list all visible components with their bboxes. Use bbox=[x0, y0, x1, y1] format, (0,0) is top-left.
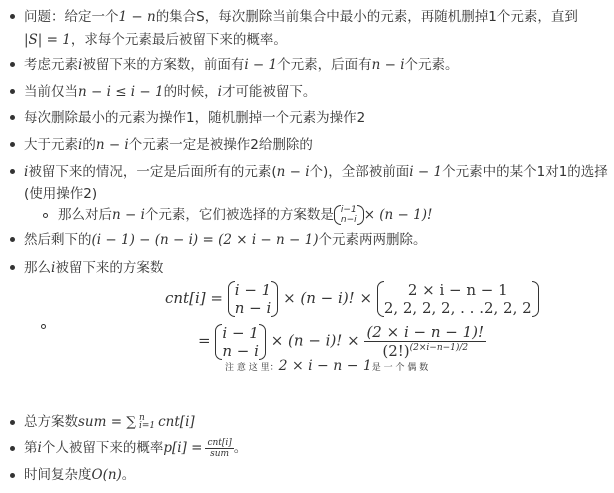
text: 被留下来的方案数 bbox=[55, 260, 163, 276]
list-item: i被留下来的情况，一定是后面所有的元素(n − i个)，全部被前面i − 1个元… bbox=[24, 161, 608, 183]
math: 2 × i − n − 1 bbox=[279, 358, 372, 374]
list-item: 问题：给定一个1 − n的集合S，每次删除当前集合中最小的元素，再随机删掉1个元… bbox=[24, 6, 578, 28]
math: n − i bbox=[372, 57, 405, 73]
list-item-cont: |S| = 1，求每个元素最后被留下来的概率。 bbox=[24, 29, 287, 51]
text: 当前仅当 bbox=[24, 84, 78, 100]
text: 第 bbox=[24, 440, 38, 456]
bullet-icon bbox=[10, 14, 15, 19]
text: 注 意 这 里： bbox=[225, 363, 279, 373]
binomial: i − 1n − i bbox=[228, 281, 279, 317]
list-item: 第i个人被留下来的概率p[i] =cnt[i]sum。 bbox=[24, 437, 247, 459]
math: n − i bbox=[112, 207, 145, 223]
math: × (n − i)! × bbox=[271, 332, 360, 350]
binom-top: i−1 bbox=[341, 205, 357, 215]
text: ，求每个元素最后被留下来的概率。 bbox=[71, 32, 287, 48]
text: 是 一 个 偶 数 bbox=[372, 363, 428, 373]
equation-note: 注 意 这 里：2 × i − n − 1是 一 个 偶 数 bbox=[225, 358, 428, 374]
math: |S| = 1 bbox=[24, 32, 71, 48]
fraction-denominator: sum bbox=[205, 449, 233, 459]
binom-bottom: n−i bbox=[341, 215, 357, 225]
math: cnt[i] bbox=[158, 414, 195, 430]
text: 个元素，它们被选择的方案数是 bbox=[145, 207, 334, 223]
list-item: 当前仅当n − i ≤ i − 1的时候，i才可能被留下。 bbox=[24, 81, 316, 103]
fraction: (2 × i − n − 1)!(2!)(2×i−n−1)/2 bbox=[364, 323, 486, 360]
sub-list-item: 那么对后n − i个元素，它们被选择的方案数是i−1n−i× (n − 1)! bbox=[58, 204, 432, 226]
binom-top: i − 1 bbox=[222, 324, 259, 342]
text: 的时候， bbox=[164, 84, 218, 100]
sub-bullet-icon bbox=[43, 213, 48, 218]
text: 那么 bbox=[24, 260, 51, 276]
text: 被留下来的情况，一定是后面所有的元素( bbox=[28, 164, 276, 180]
list-item: 大于元素i的n − i个元素一定是被操作2给删除的 bbox=[24, 134, 313, 156]
sum-lower: i=1 bbox=[139, 422, 155, 430]
multinomial: 2 × i − n − 12, 2, 2, 2, . . .2, 2, 2 bbox=[377, 281, 539, 317]
text: 的集合S，每次删除当前集合中最小的元素，再随机删掉1个元素，直到 bbox=[156, 9, 578, 25]
text: 个元素一定是被操作2给删除的 bbox=[129, 137, 313, 153]
text: 才可能被留下。 bbox=[222, 84, 317, 100]
math: n − i ≤ i − 1 bbox=[78, 84, 164, 100]
text: 。 bbox=[122, 467, 136, 483]
bullet-icon bbox=[10, 89, 15, 94]
binom-bottom: 2, 2, 2, 2, . . .2, 2, 2 bbox=[384, 299, 532, 317]
text: 然后剩下的 bbox=[24, 232, 92, 248]
bullet-icon bbox=[10, 62, 15, 67]
text: 个元素。 bbox=[405, 57, 459, 73]
list-item-cont: (使用操作2) bbox=[24, 183, 97, 205]
fraction: cnt[i]sum bbox=[205, 438, 233, 459]
math: p[i] = bbox=[163, 440, 202, 456]
binom-top: 2 × i − n − 1 bbox=[384, 281, 532, 299]
text: 那么对后 bbox=[58, 207, 112, 223]
math: × (n − 1)! bbox=[364, 207, 433, 223]
equation-line-2: = i − 1n − i × (n − i)! × (2 × i − n − 1… bbox=[198, 323, 486, 360]
binomial: i − 1n − i bbox=[215, 324, 266, 360]
text: 时间复杂度 bbox=[24, 467, 92, 483]
text: 个元素两两删除。 bbox=[318, 232, 426, 248]
bullet-icon bbox=[10, 115, 15, 120]
text: 被留下来的方案数，前面有 bbox=[82, 57, 244, 73]
list-item: 考虑元素i被留下来的方案数，前面有i − 1个元素，后面有n − i个元素。 bbox=[24, 54, 459, 76]
binom-top: i − 1 bbox=[235, 281, 272, 299]
text: 个元素，后面有 bbox=[277, 57, 372, 73]
text: 个)，全部被前面 bbox=[310, 164, 410, 180]
list-item: 然后剩下的(i − 1) − (n − i) = (2 × i − n − 1)… bbox=[24, 229, 426, 251]
text: 总方案数 bbox=[24, 414, 78, 430]
text: (使用操作2) bbox=[24, 186, 97, 202]
text: 的 bbox=[82, 137, 96, 153]
bullet-icon bbox=[10, 142, 15, 147]
bullet-icon bbox=[10, 265, 15, 270]
bullet-icon bbox=[10, 446, 15, 451]
math: × (n − i)! × bbox=[283, 289, 372, 307]
binom-bottom: n − i bbox=[235, 299, 272, 317]
list-item: 总方案数sum = ∑ni=1cnt[i] bbox=[24, 411, 195, 433]
exponent: (2×i−n−1)/2 bbox=[410, 343, 469, 353]
sub-bullet-icon bbox=[41, 324, 46, 329]
list-item: 每次删除最小的元素为操作1，随机删掉一个元素为操作2 bbox=[24, 107, 365, 129]
math: O(n) bbox=[92, 467, 122, 483]
text: 大于元素 bbox=[24, 137, 78, 153]
math: i − 1 bbox=[409, 164, 442, 180]
fraction-numerator: cnt[i] bbox=[205, 438, 233, 449]
text: 个人被留下来的概率 bbox=[42, 440, 164, 456]
list-item: 那么i被留下来的方案数 bbox=[24, 257, 163, 279]
bullet-icon bbox=[10, 169, 15, 174]
text: 问题：给定一个 bbox=[24, 9, 119, 25]
fraction-numerator: (2 × i − n − 1)! bbox=[364, 323, 486, 342]
bullet-icon bbox=[10, 237, 15, 242]
math: 1 − n bbox=[119, 9, 156, 25]
text: 考虑元素 bbox=[24, 57, 78, 73]
text: 。 bbox=[234, 440, 248, 456]
math: (i − 1) − (n − i) = (2 × i − n − 1) bbox=[92, 232, 319, 248]
binomial: i−1n−i bbox=[334, 205, 364, 225]
binom-bottom: n − i bbox=[222, 342, 259, 360]
text: 每次删除最小的元素为操作1，随机删掉一个元素为操作2 bbox=[24, 110, 365, 126]
bullet-icon bbox=[10, 420, 15, 425]
math: cnt[i] = bbox=[165, 289, 223, 307]
list-item: 时间复杂度O(n)。 bbox=[24, 464, 135, 486]
math: = bbox=[198, 332, 211, 350]
equation-line-1: cnt[i] = i − 1n − i × (n − i)! × 2 × i −… bbox=[165, 281, 539, 317]
math: i − 1 bbox=[244, 57, 277, 73]
text: 个元素中的某个1对1的选择 bbox=[442, 164, 608, 180]
bullet-icon bbox=[10, 473, 15, 478]
math: n − i bbox=[277, 164, 310, 180]
math: n − i bbox=[96, 137, 129, 153]
math: sum = ∑ bbox=[78, 414, 136, 430]
